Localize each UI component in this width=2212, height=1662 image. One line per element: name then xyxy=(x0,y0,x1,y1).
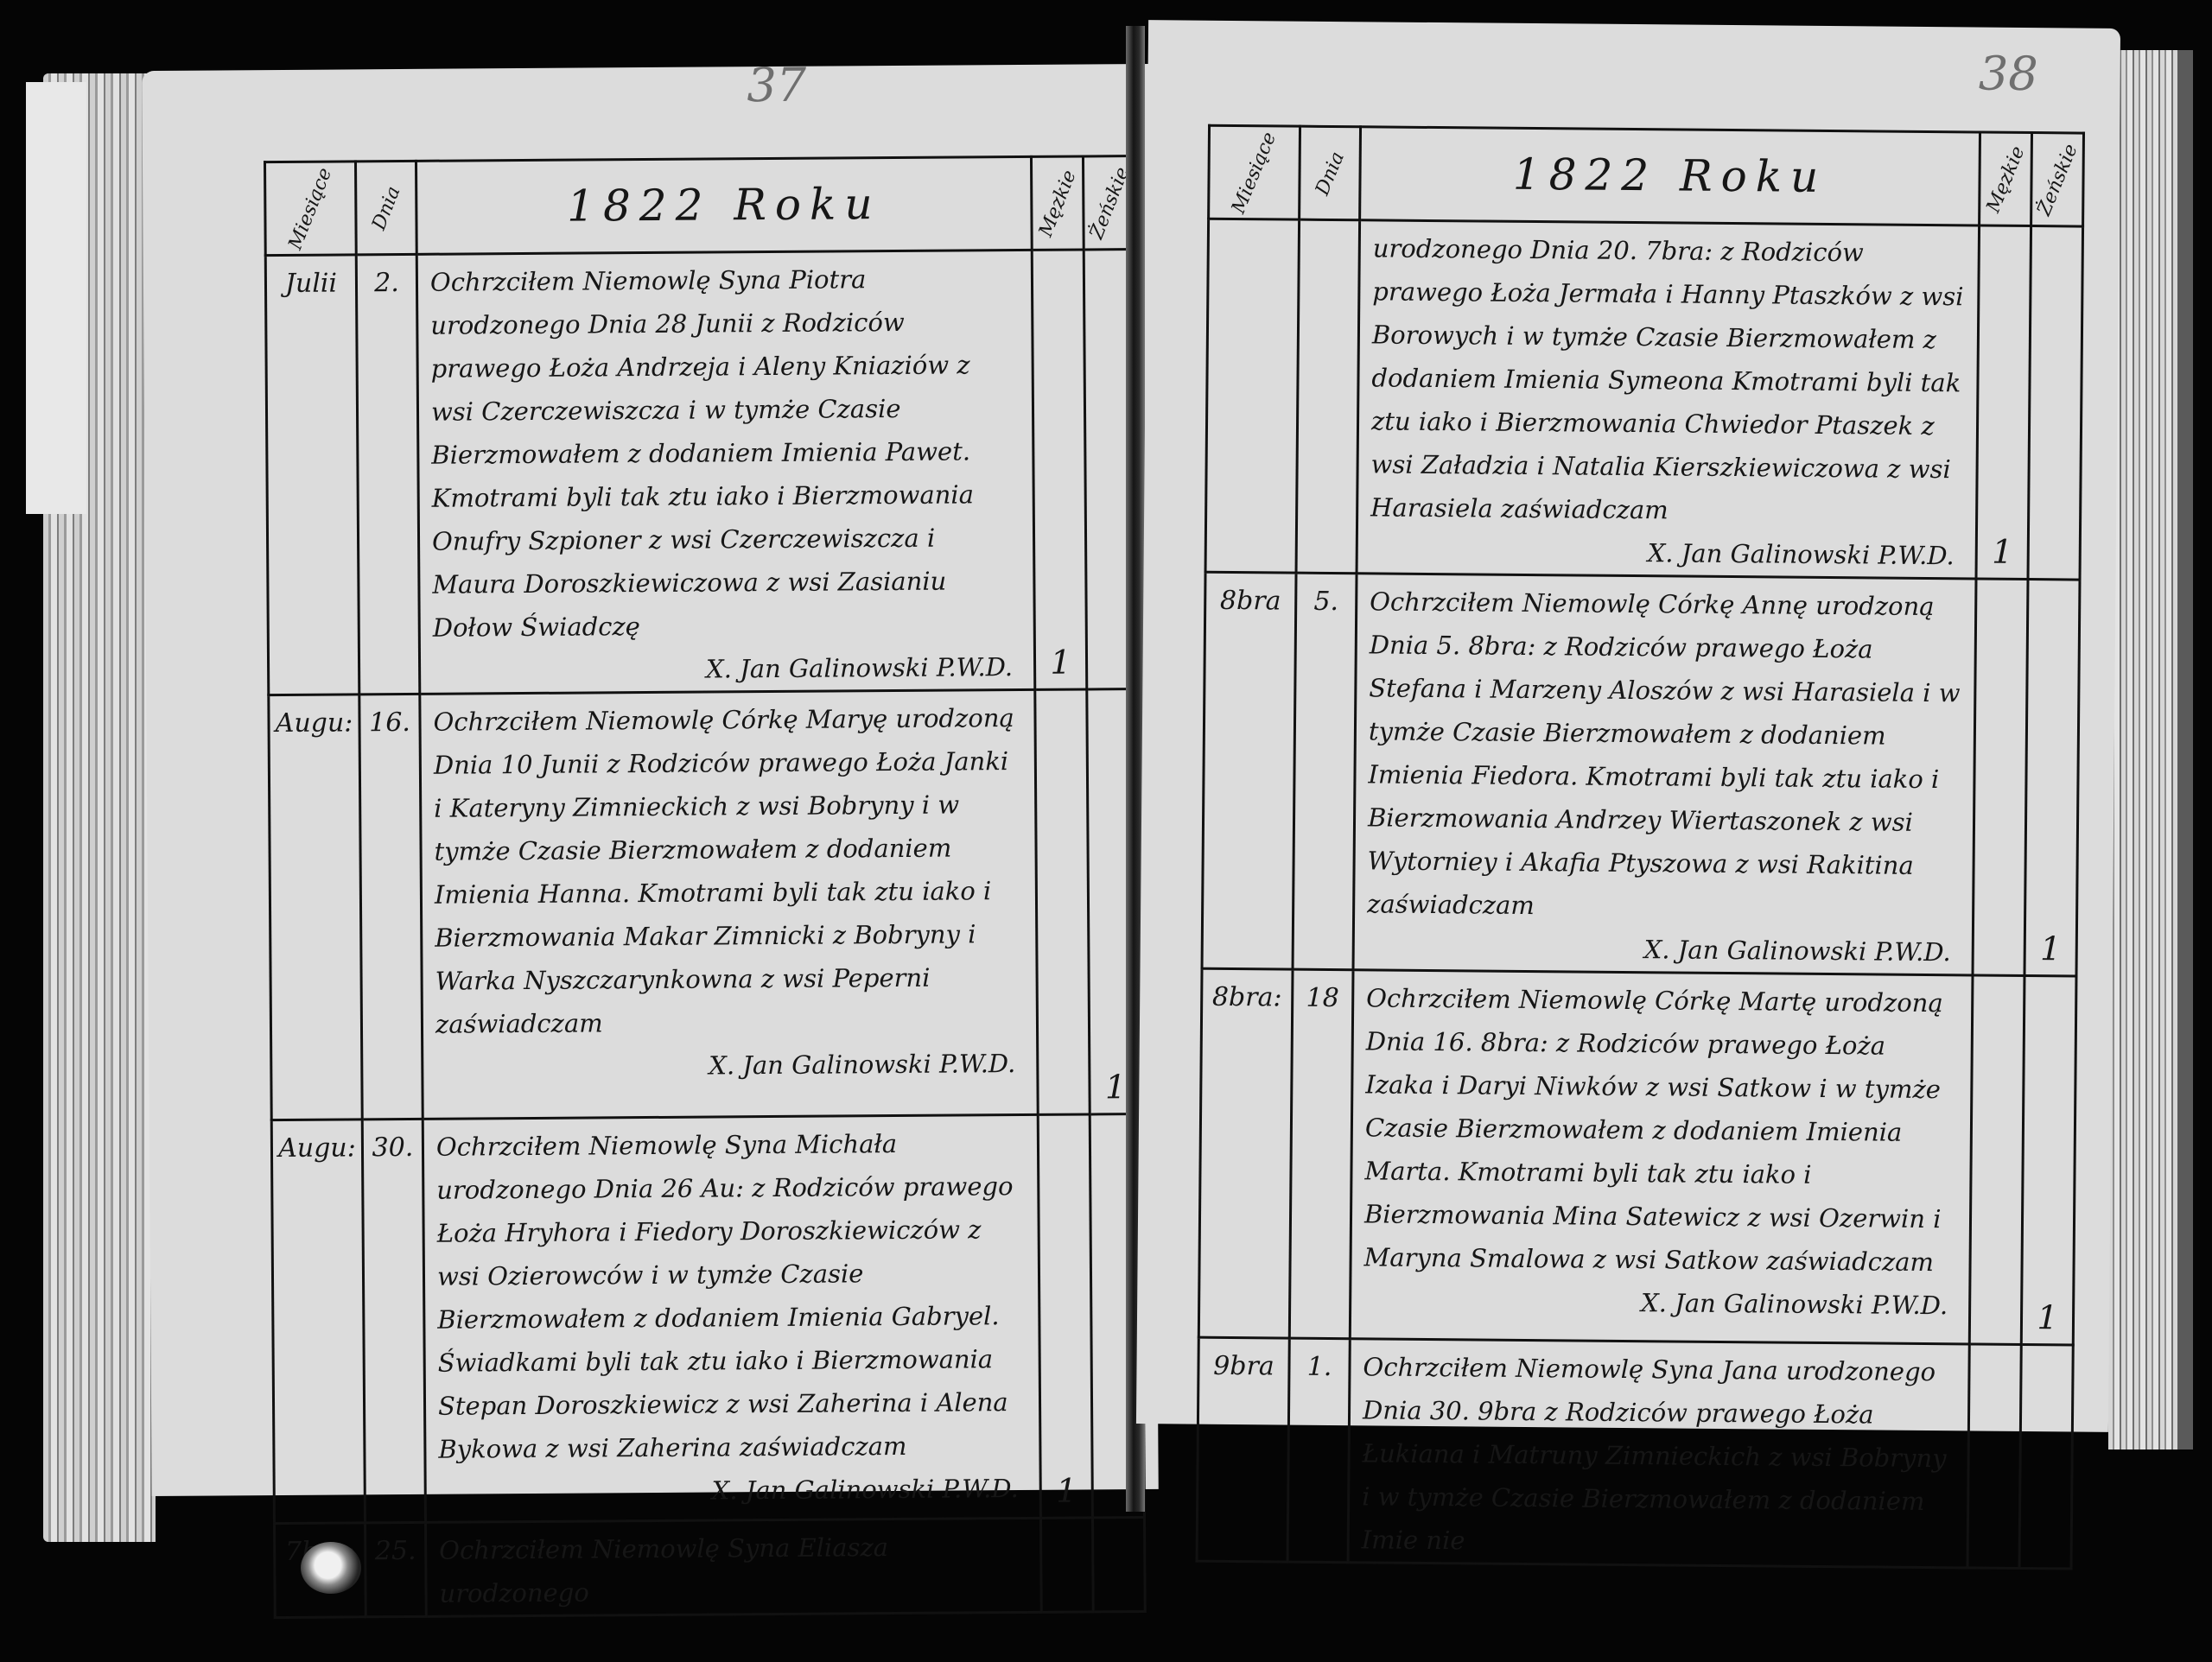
entry-text: Ochrzciłem Niemowlę Córkę Martę urodzoną… xyxy=(1350,970,1973,1344)
left-page: 37 Miesiące Dnia 1822 Roku Męzkie Żeński… xyxy=(142,64,1158,1496)
register-table-right: Miesiące Dnia 1822 Roku Męzkie Żeńskie u… xyxy=(1196,124,2085,1570)
table-row: 7bra: 25. Ochrzciłem Niemowlę Syna Elias… xyxy=(274,1518,1145,1618)
male-count: 1 xyxy=(1976,225,2031,580)
entry-month: 9bra xyxy=(1197,1337,1289,1562)
female-count xyxy=(2028,226,2083,580)
table-row: Julii 2. Ochrzciłem Niemowlę Syna Piotra… xyxy=(265,250,1139,695)
signature: X. Jan Galinowski P.W.D. xyxy=(1367,925,1960,974)
entry-text: urodzonego Dnia 20. 7bra: z Rodziców pra… xyxy=(1357,220,1980,579)
header-male: Męzkie xyxy=(1980,132,2032,226)
header-day: Dnia xyxy=(1300,126,1361,220)
entry-month: Augu: xyxy=(269,695,362,1120)
entry-text: Ochrzciłem Niemowlę Syna Jana urodzonego… xyxy=(1348,1339,1969,1568)
entry-day: 25. xyxy=(365,1522,426,1616)
male-count xyxy=(1967,1344,2021,1569)
entry-text: Ochrzciłem Niemowlę Córkę Annę urodzoną … xyxy=(1353,574,1976,975)
header-row: Miesiące Dnia 1822 Roku Męzkie Żeńskie xyxy=(1209,125,2084,226)
right-page-edges xyxy=(2108,50,2177,1449)
table-row: 9bra 1. Ochrzciłem Niemowlę Syna Jana ur… xyxy=(1197,1337,2073,1569)
entry-month: Julii xyxy=(265,255,359,695)
entry-month: Augu: xyxy=(271,1120,365,1524)
signature: X. Jan Galinowski P.W.D. xyxy=(439,1467,1027,1514)
male-count xyxy=(1040,1518,1093,1612)
inserted-slip xyxy=(26,82,86,514)
entry-text: Ochrzciłem Niemowlę Syna Piotra urodzone… xyxy=(416,250,1035,694)
female-count xyxy=(2019,1344,2073,1569)
entry-month: 8bra: xyxy=(1198,968,1293,1338)
folio-number-right: 38 xyxy=(1979,47,2038,102)
entry-text: Ochrzciłem Niemowlę Syna Eliasza urodzon… xyxy=(425,1518,1041,1616)
header-row: Miesiące Dnia 1822 Roku Męzkie Żeńskie xyxy=(264,156,1135,256)
header-year: 1822 Roku xyxy=(1360,127,1980,225)
header-year: 1822 Roku xyxy=(416,156,1032,254)
entry-day xyxy=(1296,219,1360,574)
signature: X. Jan Galinowski P.W.D. xyxy=(1363,1278,1956,1327)
table-row: 8bra: 18 Ochrzciłem Niemowlę Córkę Martę… xyxy=(1198,968,2076,1345)
folio-number-left: 37 xyxy=(747,58,806,112)
entry-day: 18 xyxy=(1289,969,1353,1339)
register-table-left: Miesiące Dnia 1822 Roku Męzkie Żeńskie J… xyxy=(264,155,1147,1619)
male-count: 1 xyxy=(1032,250,1087,689)
entry-day: 16. xyxy=(359,694,423,1119)
entry-day: 5. xyxy=(1293,573,1357,970)
entry-month xyxy=(1205,219,1300,573)
entry-day: 1. xyxy=(1287,1338,1350,1563)
header-female: Żeńskie xyxy=(2031,133,2084,227)
male-count xyxy=(1969,975,2024,1345)
male-count: 1 xyxy=(1038,1114,1092,1518)
table-row: Augu: 16. Ochrzciłem Niemowlę Córkę Mary… xyxy=(269,689,1141,1120)
right-page: 38 Miesiące Dnia 1822 Roku Męzkie Żeński… xyxy=(1136,20,2120,1432)
header-male: Męzkie xyxy=(1031,156,1084,250)
female-count: 1 xyxy=(2021,976,2076,1346)
entry-text: Ochrzciłem Niemowlę Córkę Maryę urodzoną… xyxy=(420,689,1038,1119)
table-row: 8bra 5. Ochrzciłem Niemowlę Córkę Annę u… xyxy=(1202,572,2080,976)
header-day: Dnia xyxy=(355,161,416,254)
female-count xyxy=(1092,1518,1145,1612)
table-row: Augu: 30. Ochrzciłem Niemowlę Syna Micha… xyxy=(271,1114,1144,1524)
table-row: urodzonego Dnia 20. 7bra: z Rodziców pra… xyxy=(1205,219,2083,580)
entry-day: 30. xyxy=(362,1119,425,1522)
entry-day: 2. xyxy=(356,254,420,694)
header-month: Miesiące xyxy=(1209,125,1300,219)
signature: X. Jan Galinowski P.W.D. xyxy=(435,1042,1024,1089)
female-count: 1 xyxy=(2024,580,2080,977)
left-page-edges xyxy=(43,73,156,1542)
entry-month: 8bra xyxy=(1202,572,1296,969)
header-month: Miesiące xyxy=(264,162,356,256)
metal-clasp-icon xyxy=(301,1542,361,1594)
entry-text: Ochrzciłem Niemowlę Syna Michała urodzon… xyxy=(423,1114,1040,1522)
male-count xyxy=(1035,689,1090,1114)
signature: X. Jan Galinowski P.W.D. xyxy=(1370,529,1963,577)
male-count xyxy=(1973,579,2028,976)
signature: X. Jan Galinowski P.W.D. xyxy=(433,645,1021,693)
